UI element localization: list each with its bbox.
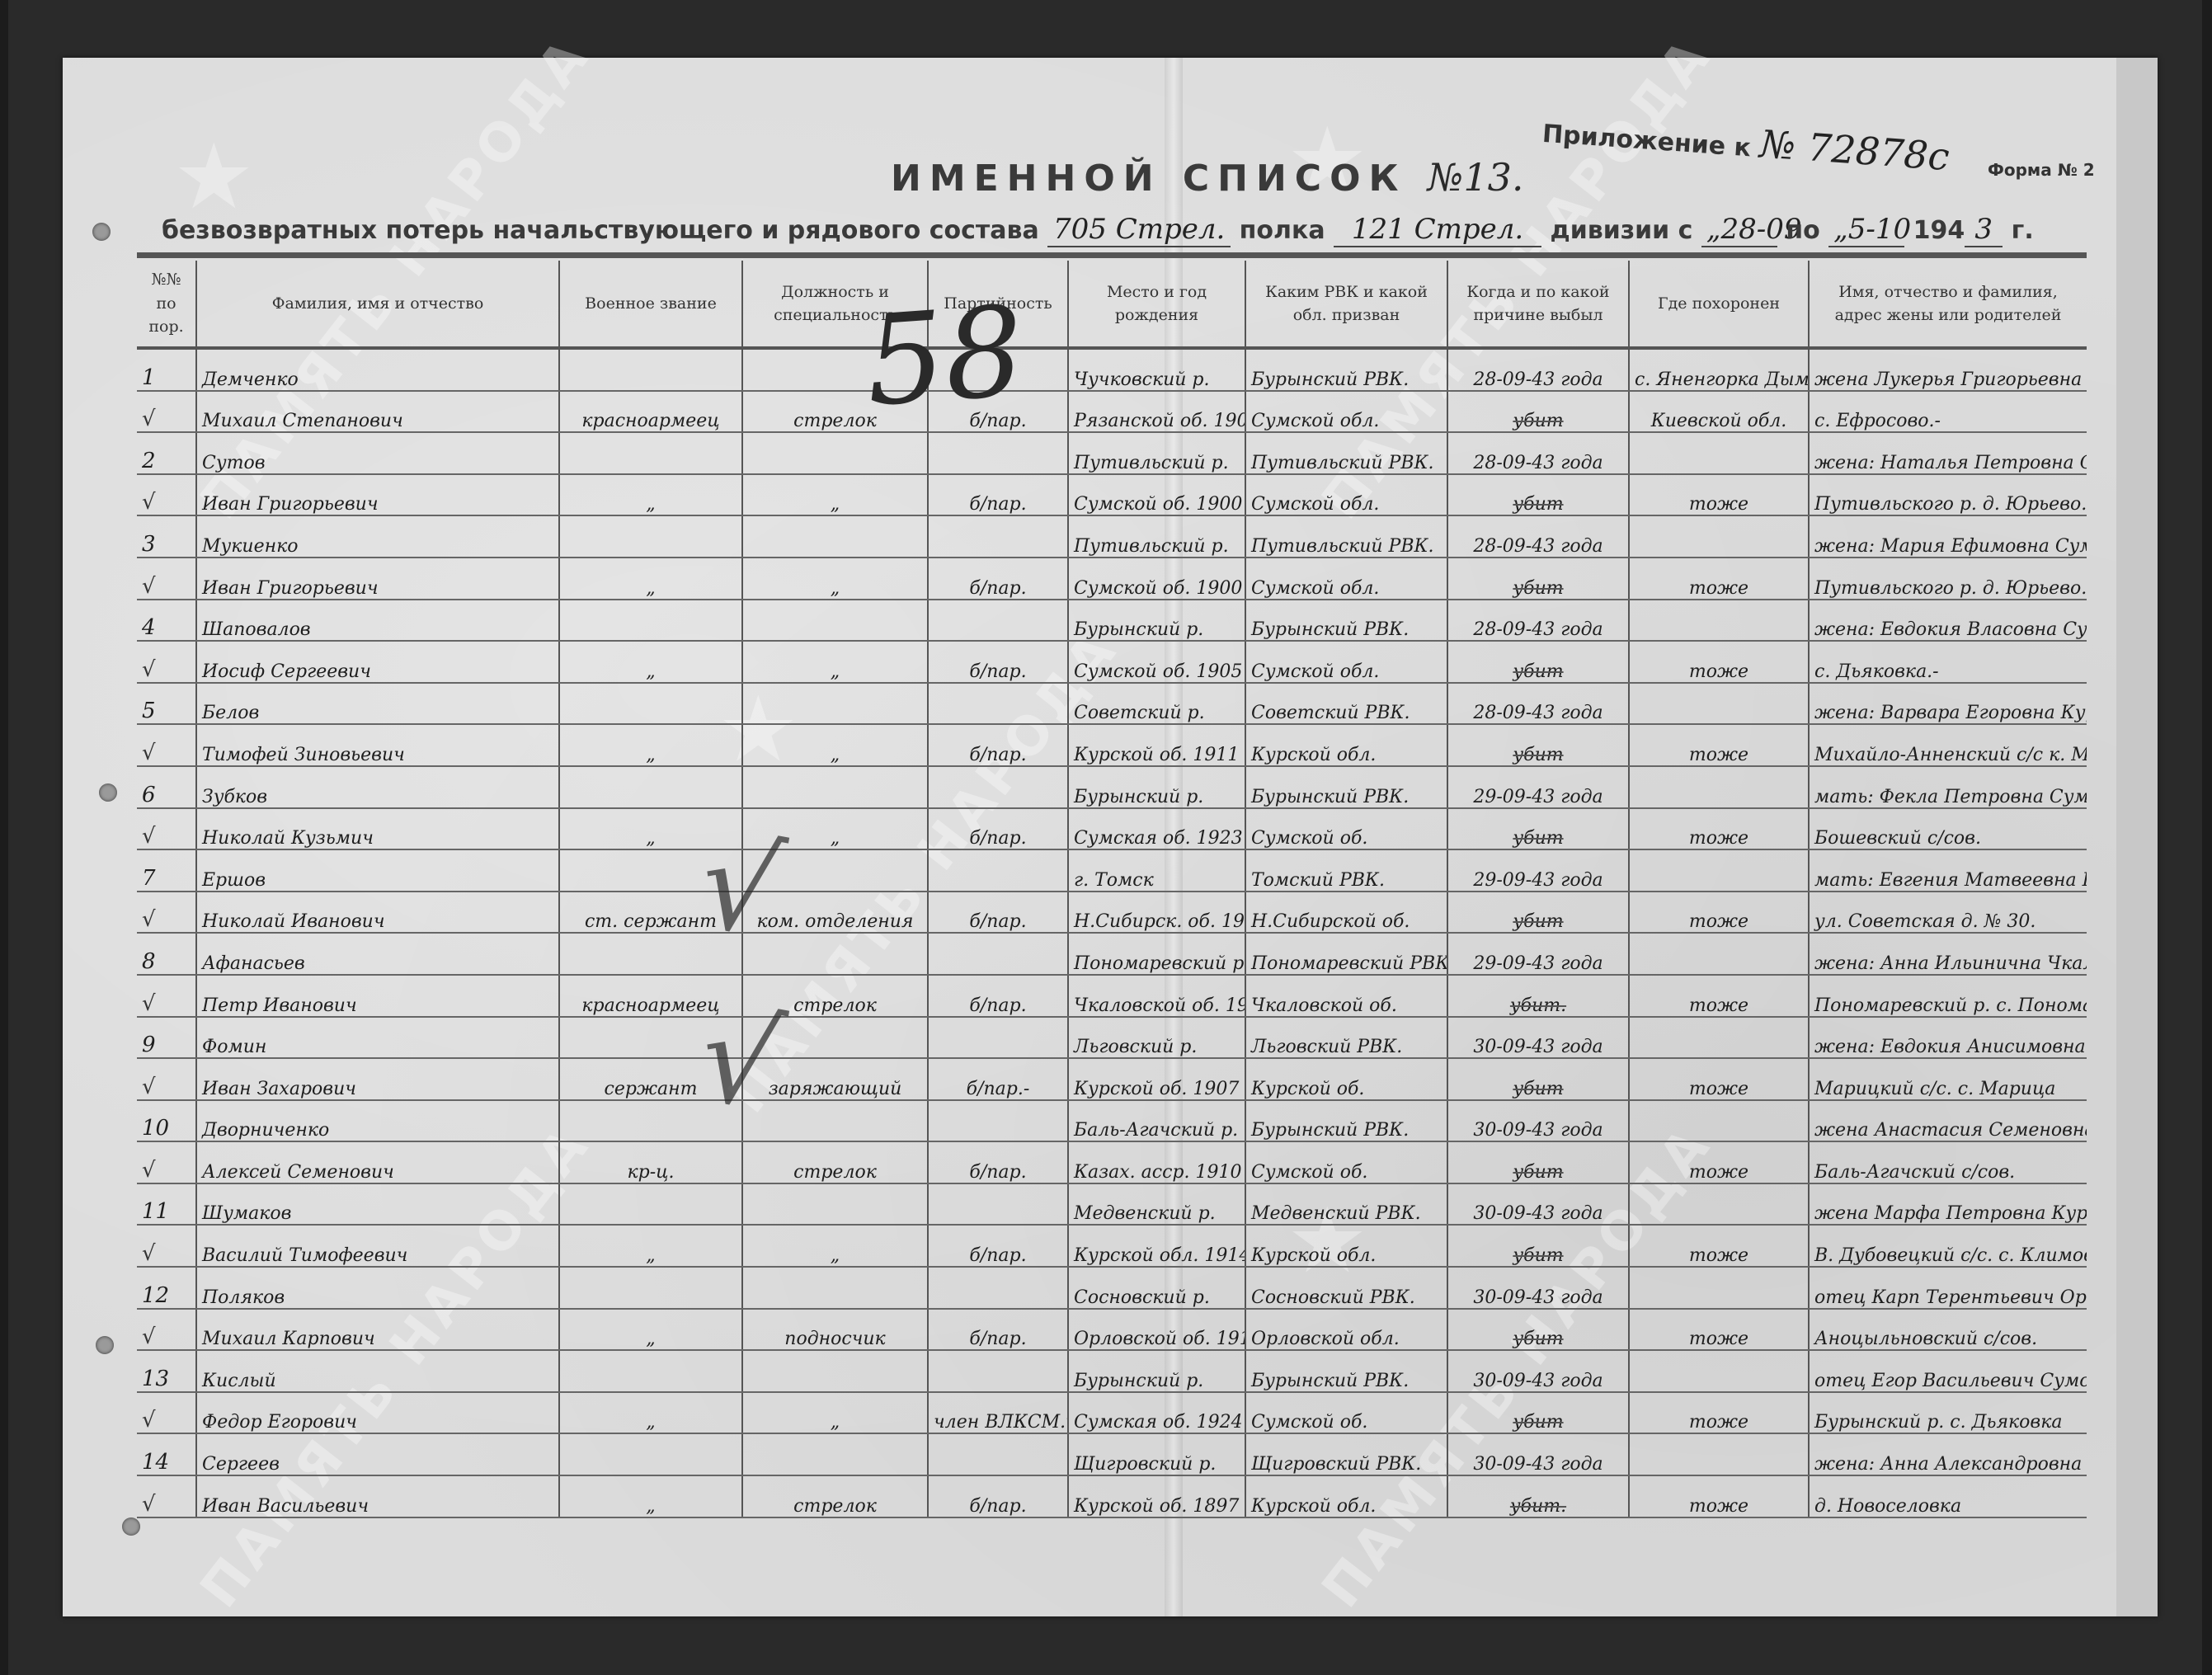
cell-empty <box>742 432 928 474</box>
header-rule <box>137 252 2087 258</box>
table-row-given-name: √ Николай Кузьмич „ „ б/пар. Сумская об.… <box>137 808 2087 850</box>
entry-birth-region-year: Орловской об. 1918 г. <box>1068 1309 1245 1351</box>
cell-empty: √ <box>137 1058 196 1100</box>
entry-burial-2: тоже <box>1629 808 1809 850</box>
cell-empty <box>742 1350 928 1392</box>
entry-kin-2: Баль-Агачский с/сов. <box>1809 1141 2087 1183</box>
date-from-field: „28-09 <box>1701 213 1777 247</box>
entry-kin-1: мать: Евгения Матвеевна Н.Сибирская обл.… <box>1809 849 2087 892</box>
entry-surname: Фомин <box>196 1017 559 1059</box>
entry-surname: Дворниченко <box>196 1100 559 1142</box>
table-row-surname: 7 Ершов г. Томск Томский РВК. 29-09-43 г… <box>137 849 2087 892</box>
entry-burial-1 <box>1629 766 1809 808</box>
entry-kin-1: жена Анастасия Семеновна Казах. асср. Ба… <box>1809 1100 2087 1142</box>
entry-burial-1 <box>1629 1100 1809 1142</box>
cell-empty: √ <box>137 474 196 516</box>
cell-empty <box>928 1350 1068 1392</box>
check-mark-icon: √ <box>142 741 156 765</box>
column-header-rank: Военное звание <box>559 261 742 348</box>
entry-party: б/пар. <box>928 892 1068 934</box>
table-row-given-name: √ Тимофей Зиновьевич „ „ б/пар. Курской … <box>137 724 2087 766</box>
entry-number: 5 <box>137 683 196 725</box>
entry-kin-1: жена: Варвара Егоровна Курская обл. Сове… <box>1809 683 2087 725</box>
document-subtitle: безвозвратных потерь начальствующего и р… <box>162 213 2059 247</box>
entry-given-name: Иван Григорьевич <box>196 474 559 516</box>
table-row-given-name: √ Иосиф Сергеевич „ „ б/пар. Сумской об.… <box>137 641 2087 683</box>
entry-reason: убит <box>1447 1141 1629 1183</box>
entry-kin-2: Путивльского р. д. Юрьево.- <box>1809 474 2087 516</box>
cell-empty <box>559 348 742 391</box>
entry-kin-1: жена: Евдокия Анисимовна Курская обл. Ль… <box>1809 1017 2087 1059</box>
entry-burial-2: тоже <box>1629 892 1809 934</box>
entry-burial-2: Киевской обл. <box>1629 391 1809 433</box>
entry-number: 1 <box>137 348 196 391</box>
entry-burial-2: тоже <box>1629 558 1809 600</box>
subtitle-text: по <box>1786 216 1819 245</box>
punch-hole <box>96 1336 114 1354</box>
entry-party: б/пар. <box>928 474 1068 516</box>
check-mark-icon: √ <box>142 1158 156 1183</box>
entry-birth-place: Бурынский р. <box>1068 600 1245 642</box>
entry-burial-1 <box>1629 1350 1809 1392</box>
entry-burial-2: тоже <box>1629 1141 1809 1183</box>
entry-burial-2: тоже <box>1629 1309 1809 1351</box>
entry-burial-1 <box>1629 683 1809 725</box>
entry-surname: Сергеев <box>196 1433 559 1475</box>
entry-burial-2: тоже <box>1629 641 1809 683</box>
cell-empty <box>928 683 1068 725</box>
entry-date: 29-09-43 года <box>1447 933 1629 975</box>
entry-surname: Шаповалов <box>196 600 559 642</box>
entry-birth-region-year: Курской об. 1911 <box>1068 724 1245 766</box>
entry-kin-1: жена: Евдокия Власовна Сумская обл. Буры… <box>1809 600 2087 642</box>
entry-rank: „ <box>559 474 742 516</box>
entry-party: б/пар. <box>928 641 1068 683</box>
entry-kin-2: с. Ефросово.- <box>1809 391 2087 433</box>
cell-empty: √ <box>137 641 196 683</box>
entry-birth-place: Льговский р. <box>1068 1017 1245 1059</box>
entry-reason: убит. <box>1447 975 1629 1017</box>
entry-party: б/пар.- <box>928 1058 1068 1100</box>
table-row-given-name: √ Иван Захарович сержант заряжающий б/па… <box>137 1058 2087 1100</box>
check-mark-icon: √ <box>142 1408 156 1433</box>
entry-rank: „ <box>559 1309 742 1351</box>
table-row-surname: 3 Мукиенко Путивльский р. Путивльский РВ… <box>137 515 2087 558</box>
check-mark-icon: √ <box>142 991 156 1016</box>
entry-surname: Шумаков <box>196 1183 559 1226</box>
entry-surname: Афанасьев <box>196 933 559 975</box>
check-mark-icon: √ <box>142 1075 156 1099</box>
column-header-rvk: Каким РВК и какой обл. призван <box>1245 261 1447 348</box>
entry-rvk: Бурынский РВК. <box>1245 1100 1447 1142</box>
entry-kin-1: отец Егор Васильевич Сумская область <box>1809 1350 2087 1392</box>
entry-surname: Зубков <box>196 766 559 808</box>
entry-rvk: Томский РВК. <box>1245 849 1447 892</box>
entry-reason: убит <box>1447 808 1629 850</box>
cell-empty <box>742 1267 928 1309</box>
entry-position: „ <box>742 1392 928 1434</box>
entry-party: б/пар. <box>928 1225 1068 1267</box>
punch-hole <box>122 1517 140 1536</box>
entry-date: 28-09-43 года <box>1447 432 1629 474</box>
cell-empty <box>742 683 928 725</box>
entry-kin-1: жена: Анна Ильинична Чкаловская обл. <box>1809 933 2087 975</box>
entry-date: 28-09-43 года <box>1447 515 1629 558</box>
entry-surname: Кислый <box>196 1350 559 1392</box>
cell-empty <box>928 766 1068 808</box>
cell-empty: √ <box>137 1225 196 1267</box>
entry-rvk: Пономаревский РВК. <box>1245 933 1447 975</box>
entry-date: 30-09-43 года <box>1447 1267 1629 1309</box>
check-mark-icon: √ <box>142 907 156 932</box>
cell-empty <box>742 515 928 558</box>
entry-position: „ <box>742 641 928 683</box>
entry-birth-place: Советский р. <box>1068 683 1245 725</box>
entry-rank: красноармеец <box>559 391 742 433</box>
cell-empty <box>559 432 742 474</box>
cell-empty <box>928 1433 1068 1475</box>
entry-given-name: Тимофей Зиновьевич <box>196 724 559 766</box>
title-text: ИМЕННОЙ СПИСОК <box>891 158 1406 200</box>
entry-rank: „ <box>559 1475 742 1517</box>
entry-given-name: Федор Егорович <box>196 1392 559 1434</box>
entry-birth-region-year: Сумская об. 1923 <box>1068 808 1245 850</box>
entry-rvk: Щигровский РВК. <box>1245 1433 1447 1475</box>
entry-birth-place: Путивльский р. <box>1068 432 1245 474</box>
entry-given-name: Алексей Семенович <box>196 1141 559 1183</box>
entry-party: член ВЛКСМ.ч. <box>928 1392 1068 1434</box>
check-mark-icon: √ <box>142 490 156 515</box>
table-row-surname: 9 Фомин Льговский р. Льговский РВК. 30-0… <box>137 1017 2087 1059</box>
cell-empty: √ <box>137 391 196 433</box>
entry-burial-2: тоже <box>1629 1225 1809 1267</box>
entry-rank: „ <box>559 558 742 600</box>
entry-birth-place: Бурынский р. <box>1068 766 1245 808</box>
entry-party: б/пар. <box>928 808 1068 850</box>
entry-burial-2: тоже <box>1629 474 1809 516</box>
cell-empty: √ <box>137 558 196 600</box>
entry-given-name: Иван Васильевич <box>196 1475 559 1517</box>
entry-party: б/пар. <box>928 1475 1068 1517</box>
entry-surname: Поляков <box>196 1267 559 1309</box>
entry-kin-2: ул. Советская д. № 30. <box>1809 892 2087 934</box>
entry-given-name: Михаил Степанович <box>196 391 559 433</box>
cell-empty: √ <box>137 1475 196 1517</box>
entry-rank: „ <box>559 641 742 683</box>
year-prefix: 194 <box>1913 216 1965 245</box>
check-mark-icon: √ <box>142 1241 156 1266</box>
cell-empty <box>928 1100 1068 1142</box>
entry-number: 3 <box>137 515 196 558</box>
entry-rvk: Бурынский РВК. <box>1245 766 1447 808</box>
entry-kin-2: Бошевский с/сов. <box>1809 808 2087 850</box>
margin-number: 58 <box>861 280 1028 435</box>
entry-given-name: Иван Захарович <box>196 1058 559 1100</box>
check-mark-icon: √ <box>142 657 156 682</box>
table-row-given-name: √ Алексей Семенович кр-ц. стрелок б/пар.… <box>137 1141 2087 1183</box>
entry-birth-place: Сосновский р. <box>1068 1267 1245 1309</box>
subtitle-text: г. <box>2012 216 2034 245</box>
entry-kin-2: В. Дубовецкий с/с. с. Климовка.- <box>1809 1225 2087 1267</box>
cell-empty <box>742 766 928 808</box>
cell-empty <box>928 1017 1068 1059</box>
entry-burial-1 <box>1629 1183 1809 1226</box>
entry-reason: убит <box>1447 1309 1629 1351</box>
punch-hole <box>99 783 117 802</box>
table-row-surname: 11 Шумаков Медвенский р. Медвенский РВК.… <box>137 1183 2087 1226</box>
table-row-surname: 5 Белов Советский р. Советский РВК. 28-0… <box>137 683 2087 725</box>
entry-kin-2: Пономаревский р. с. Пономаревка.- <box>1809 975 2087 1017</box>
column-header-number: №№ по пор. <box>137 261 196 348</box>
entry-burial-1 <box>1629 1017 1809 1059</box>
entry-number: 7 <box>137 849 196 892</box>
cell-empty <box>559 600 742 642</box>
entry-kin-2: Путивльского р. д. Юрьево.- <box>1809 558 2087 600</box>
entry-rank: „ <box>559 724 742 766</box>
entry-position: „ <box>742 474 928 516</box>
check-mark-icon: √ <box>142 407 156 431</box>
cell-empty <box>559 1183 742 1226</box>
column-header-departure: Когда и по какой причине выбыл <box>1447 261 1629 348</box>
entry-given-name: Николай Кузьмич <box>196 808 559 850</box>
entry-birth-place: г. Томск <box>1068 849 1245 892</box>
cell-empty: √ <box>137 975 196 1017</box>
entry-burial-1 <box>1629 515 1809 558</box>
entry-kin-1: отец Карп Терентьевич Орловская обл. Сос… <box>1809 1267 2087 1309</box>
cell-empty <box>559 515 742 558</box>
entry-date: 29-09-43 года <box>1447 766 1629 808</box>
entry-burial-1 <box>1629 432 1809 474</box>
entry-kin-1: мать: Фекла Петровна Сумская обл. Бурынс… <box>1809 766 2087 808</box>
column-header-kin: Имя, отчество и фамилия, адрес жены или … <box>1809 261 2087 348</box>
entry-kin-1: жена: Мария Ефимовна Сумская область.- <box>1809 515 2087 558</box>
entry-birth-place: Баль-Агачский р. <box>1068 1100 1245 1142</box>
entry-number: 11 <box>137 1183 196 1226</box>
cell-empty <box>742 600 928 642</box>
cell-empty: √ <box>137 1141 196 1183</box>
entry-reason: убит. <box>1447 1475 1629 1517</box>
entry-date: 30-09-43 года <box>1447 1350 1629 1392</box>
entry-rvk: Путивльский РВК. <box>1245 515 1447 558</box>
entry-position: „ <box>742 724 928 766</box>
cell-empty <box>928 432 1068 474</box>
entry-given-name: Петр Иванович <box>196 975 559 1017</box>
entry-given-name: Иосиф Сергеевич <box>196 641 559 683</box>
entry-rvk-region: Сумской обл. <box>1245 641 1447 683</box>
entry-number: 12 <box>137 1267 196 1309</box>
column-header-birth: Место и год рождения <box>1068 261 1245 348</box>
entry-party: б/пар. <box>928 1309 1068 1351</box>
cell-empty: √ <box>137 892 196 934</box>
table-row-surname: 10 Дворниченко Баль-Агачский р. Бурынски… <box>137 1100 2087 1142</box>
entry-kin-2: д. Новоселовка <box>1809 1475 2087 1517</box>
cell-empty <box>928 515 1068 558</box>
cell-empty <box>928 600 1068 642</box>
entry-birth-region-year: Чкаловской об. 1906 <box>1068 975 1245 1017</box>
entry-rvk: Бурынский РВК. <box>1245 600 1447 642</box>
cell-empty: √ <box>137 808 196 850</box>
entry-birth-region-year: Сумской об. 1900 <box>1068 474 1245 516</box>
entry-reason: убит <box>1447 641 1629 683</box>
regiment-field: 705 Стрел. <box>1047 213 1231 247</box>
division-field: 121 Стрел. <box>1334 213 1541 247</box>
entry-rvk-region: Сумской обл. <box>1245 558 1447 600</box>
casualty-register-table: №№ по пор. Фамилия, имя и отчество Военн… <box>137 261 2087 1518</box>
table-row-surname: 6 Зубков Бурынский р. Бурынский РВК. 29-… <box>137 766 2087 808</box>
entry-given-name: Михаил Карпович <box>196 1309 559 1351</box>
entry-kin-2: Михайло-Анненский с/с к. М. Октябрь. <box>1809 724 2087 766</box>
entry-rvk-region: Орловской обл. <box>1245 1309 1447 1351</box>
entry-rvk: Сосновский РВК. <box>1245 1267 1447 1309</box>
entry-position: „ <box>742 558 928 600</box>
entry-given-name: Василий Тимофеевич <box>196 1225 559 1267</box>
subtitle-text: полка <box>1240 216 1325 245</box>
entry-birth-place: Медвенский р. <box>1068 1183 1245 1226</box>
entry-rvk-region: Сумской об. <box>1245 808 1447 850</box>
entry-number: 8 <box>137 933 196 975</box>
entry-rvk-region: Курской обл. <box>1245 1225 1447 1267</box>
entry-rvk-region: Сумской обл. <box>1245 391 1447 433</box>
entry-date: 30-09-43 года <box>1447 1183 1629 1226</box>
entry-burial-1 <box>1629 1267 1809 1309</box>
entry-party: б/пар. <box>928 975 1068 1017</box>
subtitle-text: безвозвратных потерь начальствующего и р… <box>162 216 1039 245</box>
entry-date: 29-09-43 года <box>1447 849 1629 892</box>
entry-rvk-region: Чкаловской об. <box>1245 975 1447 1017</box>
cell-empty <box>559 1350 742 1392</box>
entry-birth-region-year: Рязанской об. 1906 <box>1068 391 1245 433</box>
entry-surname: Сутов <box>196 432 559 474</box>
entry-kin-2: Бурынский р. с. Дьяковка <box>1809 1392 2087 1434</box>
entry-kin-1: жена Марфа Петровна Курская обл. Медвенс… <box>1809 1183 2087 1226</box>
entry-rvk-region: Н.Сибирской об. <box>1245 892 1447 934</box>
entry-party: б/пар. <box>928 724 1068 766</box>
entry-number: 10 <box>137 1100 196 1142</box>
year-field: 3 <box>1965 213 2003 247</box>
entry-given-name: Иван Григорьевич <box>196 558 559 600</box>
form-number: Форма № 2 <box>1988 160 2095 180</box>
entry-burial-1: с. Яненгорка Дымеровского р. <box>1629 348 1809 391</box>
paper-edge <box>2116 58 2158 1616</box>
entry-rank: „ <box>559 1225 742 1267</box>
cell-empty <box>928 1183 1068 1226</box>
entry-date: 30-09-43 года <box>1447 1017 1629 1059</box>
entry-birth-region-year: Сумской об. 1900 <box>1068 558 1245 600</box>
table-row-given-name: √ Петр Иванович красноармеец стрелок б/п… <box>137 975 2087 1017</box>
entry-rvk: Путивльский РВК. <box>1245 432 1447 474</box>
cell-empty <box>928 933 1068 975</box>
cell-empty <box>928 1267 1068 1309</box>
entry-rank: „ <box>559 1392 742 1434</box>
column-header-burial: Где похоронен <box>1629 261 1809 348</box>
entry-birth-region-year: Сумская об. 1924 г. <box>1068 1392 1245 1434</box>
entry-birth-place: Щигровский р. <box>1068 1433 1245 1475</box>
table-row-given-name: √ Василий Тимофеевич „ „ б/пар. Курской … <box>137 1225 2087 1267</box>
title-number: №13. <box>1428 155 1524 200</box>
table-row-given-name: √ Николай Иванович ст. сержант ком. отде… <box>137 892 2087 934</box>
cell-empty <box>559 1433 742 1475</box>
entry-burial-1 <box>1629 1433 1809 1475</box>
entry-kin-2: Марицкий с/с. с. Марица <box>1809 1058 2087 1100</box>
cell-empty: √ <box>137 1392 196 1434</box>
entry-rvk-region: Курской обл. <box>1245 1475 1447 1517</box>
entry-birth-region-year: Курской обл. 1914 г. <box>1068 1225 1245 1267</box>
entry-birth-region-year: Н.Сибирск. об. 1923 <box>1068 892 1245 934</box>
entry-surname: Белов <box>196 683 559 725</box>
table-row-given-name: √ Михаил Степанович красноармеец стрелок… <box>137 391 2087 433</box>
cell-empty <box>742 1433 928 1475</box>
entry-reason: убит <box>1447 1225 1629 1267</box>
entry-burial-2: тоже <box>1629 975 1809 1017</box>
entry-rvk-region: Сумской об. <box>1245 1141 1447 1183</box>
entry-birth-place: Пономаревский р. с. Пономаревка <box>1068 933 1245 975</box>
entry-reason: убит <box>1447 724 1629 766</box>
entry-kin-1: жена: Анна Александровна Курская об. Щиг… <box>1809 1433 2087 1475</box>
entry-burial-2: тоже <box>1629 1058 1809 1100</box>
check-mark-icon: √ <box>142 1324 156 1349</box>
entry-number: 9 <box>137 1017 196 1059</box>
check-mark-icon: √ <box>142 574 156 599</box>
entry-reason: убит <box>1447 1392 1629 1434</box>
entry-birth-region-year: Сумской об. 1905 <box>1068 641 1245 683</box>
entry-reason: убит <box>1447 1058 1629 1100</box>
table-header-row: №№ по пор. Фамилия, имя и отчество Военн… <box>137 261 2087 348</box>
entry-date: 28-09-43 года <box>1447 683 1629 725</box>
entry-rvk-region: Сумской обл. <box>1245 474 1447 516</box>
table-row-given-name: √ Михаил Карпович „ подносчик б/пар. Орл… <box>137 1309 2087 1351</box>
entry-rvk-region: Сумской об. <box>1245 1392 1447 1434</box>
entry-date: 28-09-43 года <box>1447 348 1629 391</box>
entry-position: стрелок <box>742 1475 928 1517</box>
entry-surname: Демченко <box>196 348 559 391</box>
entry-date: 30-09-43 года <box>1447 1433 1629 1475</box>
document-title: ИМЕННОЙ СПИСОК №13. <box>891 155 1523 200</box>
cell-empty: √ <box>137 1309 196 1351</box>
entry-date: 28-09-43 года <box>1447 600 1629 642</box>
cell-empty <box>928 849 1068 892</box>
entry-rvk-region: Курской обл. <box>1245 724 1447 766</box>
table-row-surname: 13 Кислый Бурынский р. Бурынский РВК. 30… <box>137 1350 2087 1392</box>
entry-position: подносчик <box>742 1309 928 1351</box>
entry-rvk: Бурынский РВК. <box>1245 348 1447 391</box>
entry-birth-region-year: Курской об. 1897 <box>1068 1475 1245 1517</box>
entry-reason: убит <box>1447 558 1629 600</box>
cell-empty <box>559 766 742 808</box>
check-mark-icon: √ <box>142 824 156 849</box>
entry-position: стрелок <box>742 1141 928 1183</box>
entry-party: б/пар. <box>928 558 1068 600</box>
entry-party: б/пар. <box>928 1141 1068 1183</box>
entry-reason: убит <box>1447 474 1629 516</box>
entry-rvk: Советский РВК. <box>1245 683 1447 725</box>
entry-surname: Мукиенко <box>196 515 559 558</box>
entry-rank: кр-ц. <box>559 1141 742 1183</box>
table-row-surname: 8 Афанасьев Пономаревский р. с. Пономаре… <box>137 933 2087 975</box>
table-row-given-name: √ Иван Васильевич „ стрелок б/пар. Курск… <box>137 1475 2087 1517</box>
entry-birth-place: Путивльский р. <box>1068 515 1245 558</box>
entry-rvk: Льговский РВК. <box>1245 1017 1447 1059</box>
entry-kin-1: жена: Наталья Петровна Сумская область <box>1809 432 2087 474</box>
entry-date: 30-09-43 года <box>1447 1100 1629 1142</box>
entry-rvk: Медвенский РВК. <box>1245 1183 1447 1226</box>
cell-empty <box>559 683 742 725</box>
entry-kin-1: жена Лукерья Григорьевна Рязанская обл. … <box>1809 348 2087 391</box>
entry-number: 4 <box>137 600 196 642</box>
cell-empty: √ <box>137 724 196 766</box>
entry-burial-2: тоже <box>1629 1475 1809 1517</box>
entry-surname: Ершов <box>196 849 559 892</box>
entry-burial-1 <box>1629 600 1809 642</box>
